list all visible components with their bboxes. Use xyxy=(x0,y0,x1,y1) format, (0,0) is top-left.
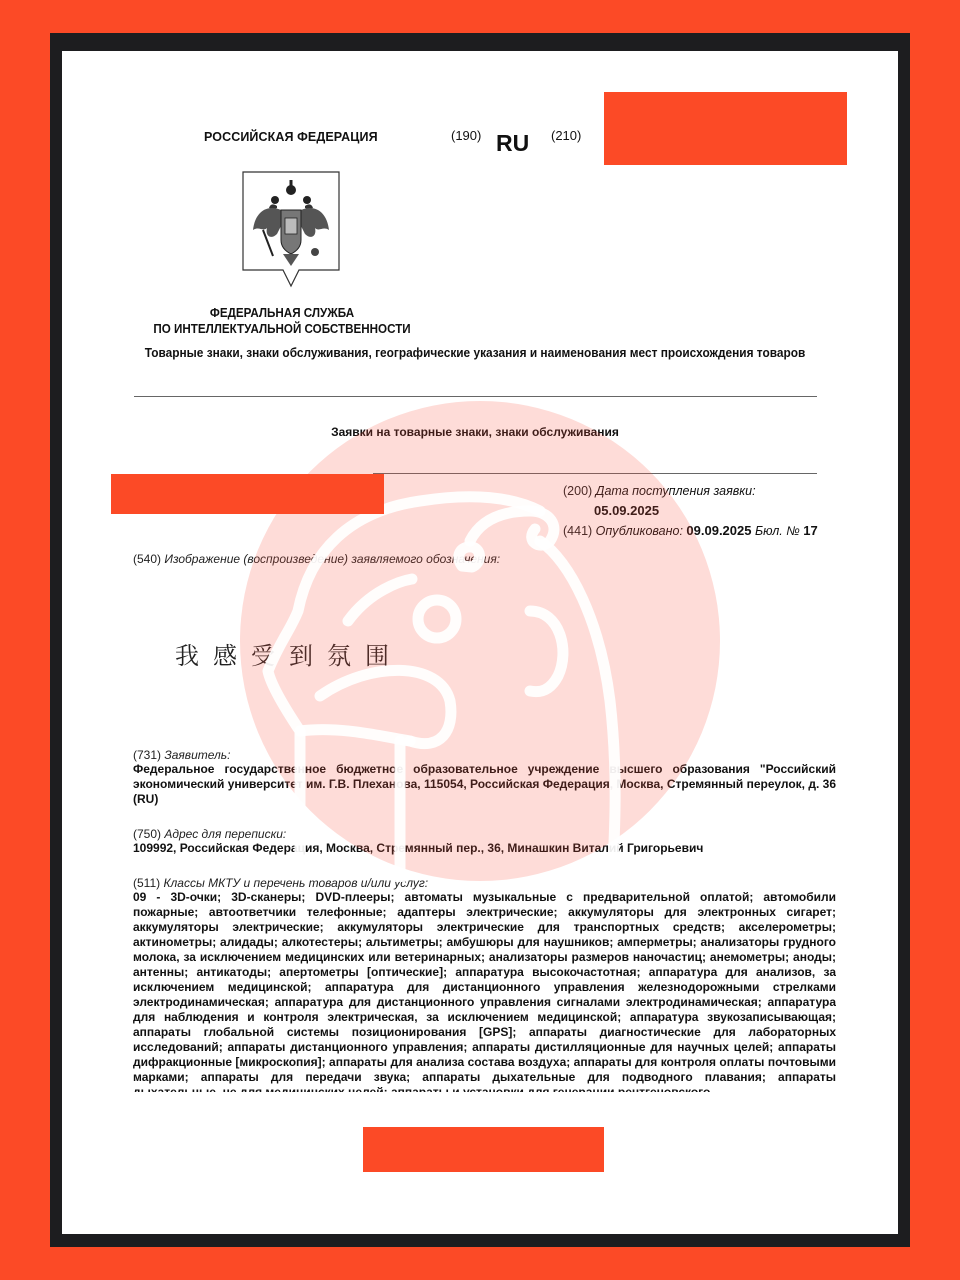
inid-code-210: (210) xyxy=(551,128,581,143)
trademark-text: 我感受到氛围 xyxy=(175,636,403,671)
correspondence-label: (750) Адрес для переписки: xyxy=(133,827,836,841)
correspondence-value: 109992, Российская Федерация, Москва, Ст… xyxy=(133,841,836,856)
redaction-block xyxy=(363,1127,604,1172)
agency-name-line2: ПО ИНТЕЛЛЕКТУАЛЬНОЙ СОБСТВЕННОСТИ xyxy=(135,321,429,337)
application-dates: (200) Дата поступления заявки: 05.09.202… xyxy=(563,482,818,541)
country-name: РОССИЙСКАЯ ФЕДЕРАЦИЯ xyxy=(204,130,378,144)
classes-value: 09 - 3D-очки; 3D-сканеры; DVD-плееры; ав… xyxy=(133,890,836,1092)
mark-image-label: (540) Изображение (воспроизведение) заяв… xyxy=(133,552,500,566)
correspondence-field: (750) Адрес для переписки: 109992, Росси… xyxy=(133,827,836,856)
redaction-block xyxy=(604,92,847,165)
published-date: 09.09.2025 xyxy=(686,523,751,538)
document-page: РОССИЙСКАЯ ФЕДЕРАЦИЯ (190) RU (210) ФЕДЕ… xyxy=(62,51,898,1234)
section-title: Заявки на товарные знаки, знаки обслужив… xyxy=(110,425,840,439)
agency-name-line1: ФЕДЕРАЛЬНАЯ СЛУЖБА xyxy=(135,305,429,321)
separator-line xyxy=(134,396,817,397)
applicant-label: (731) Заявитель: xyxy=(133,748,836,762)
classes-field: (511) Классы МКТУ и перечень товаров и/и… xyxy=(133,876,836,1092)
country-code: RU xyxy=(496,130,529,157)
applicant-value: Федеральное государственное бюджетное об… xyxy=(133,762,836,807)
bulletin-number: 17 xyxy=(803,523,817,538)
separator-line xyxy=(373,473,817,474)
applicant-field: (731) Заявитель: Федеральное государстве… xyxy=(133,748,836,807)
russian-coat-of-arms-icon xyxy=(241,170,341,288)
agency-name: ФЕДЕРАЛЬНАЯ СЛУЖБА ПО ИНТЕЛЛЕКТУАЛЬНОЙ С… xyxy=(135,305,429,337)
redaction-block xyxy=(111,474,384,514)
bulletin-label: Бюл. № xyxy=(755,524,800,538)
publication-info: (441) Опубликовано: 09.09.2025 Бюл. № 17 xyxy=(563,521,818,541)
classes-label: (511) Классы МКТУ и перечень товаров и/и… xyxy=(133,876,836,890)
filing-date: 05.09.2025 xyxy=(563,501,818,521)
inid-code-190: (190) xyxy=(451,128,481,143)
publication-category: Товарные знаки, знаки обслуживания, геог… xyxy=(128,346,822,360)
filing-date-label: (200) Дата поступления заявки: xyxy=(563,482,818,501)
